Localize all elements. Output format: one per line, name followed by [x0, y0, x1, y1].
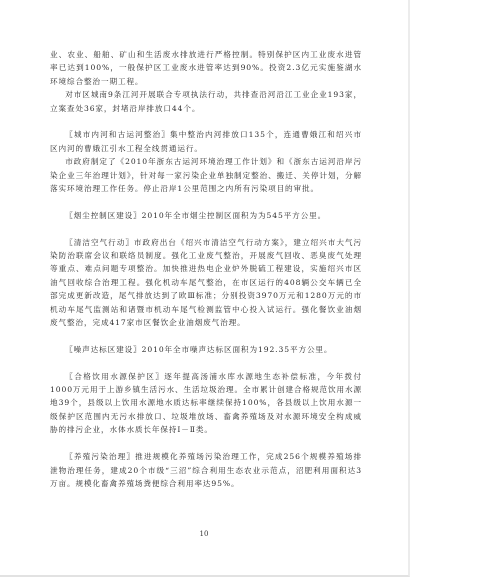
page-number: 10 [0, 530, 408, 538]
paragraph-livestock: 〖养殖污染治理〗推进规模化养殖场污染治理工作，完成256个规模养殖场排泄物治理任… [50, 450, 362, 490]
paragraph-urban-river: 〖城市内河和古运河整治〗集中整治内河排放口135个，连通曹娥江和绍兴市区内河的曹… [50, 128, 362, 155]
paragraph-enforcement: 对市区城南9条江河开展联合专项执法行动，共排查沿河沿江工业企业193家，立案查处… [50, 88, 362, 115]
paragraph-smoke-dust: 〖烟尘控制区建设〗2010年全市烟尘控制区面积为为545平方公里。 [50, 209, 362, 222]
paragraph-gap [50, 329, 362, 342]
paragraph-gap [50, 195, 362, 208]
paragraph-gap [50, 115, 362, 128]
paragraph-gap [50, 356, 362, 369]
document-body: 业、农业、船舶、矿山和生活废水排放进行严格控制。特别保护区内工业废水进管率已达到… [50, 48, 362, 490]
paragraph-gap [50, 437, 362, 450]
paragraph-gap [50, 222, 362, 235]
paragraph-clean-air: 〖清洁空气行动〗市政府出台《绍兴市清洁空气行动方案》，建立绍兴市大气污染防治联席… [50, 236, 362, 330]
paragraph-drinking-water: 〖合格饮用水源保护区〗逐年提高汤浦水库水源地生态补偿标准，今年拨付1000万元用… [50, 370, 362, 437]
paragraph-canal-plan: 市政府制定了《2010年浙东古运河环境治理工作计划》和《浙东古运河沿岸污染企业三… [50, 155, 362, 195]
paragraph-noise: 〖噪声达标区建设〗2010年全市噪声达标区面积为192.35平方公里。 [50, 343, 362, 356]
paragraph-water-control: 业、农业、船舶、矿山和生活废水排放进行严格控制。特别保护区内工业废水进管率已达到… [50, 48, 362, 88]
document-page: 业、农业、船舶、矿山和生活废水排放进行严格控制。特别保护区内工业废水进管率已达到… [0, 0, 410, 577]
